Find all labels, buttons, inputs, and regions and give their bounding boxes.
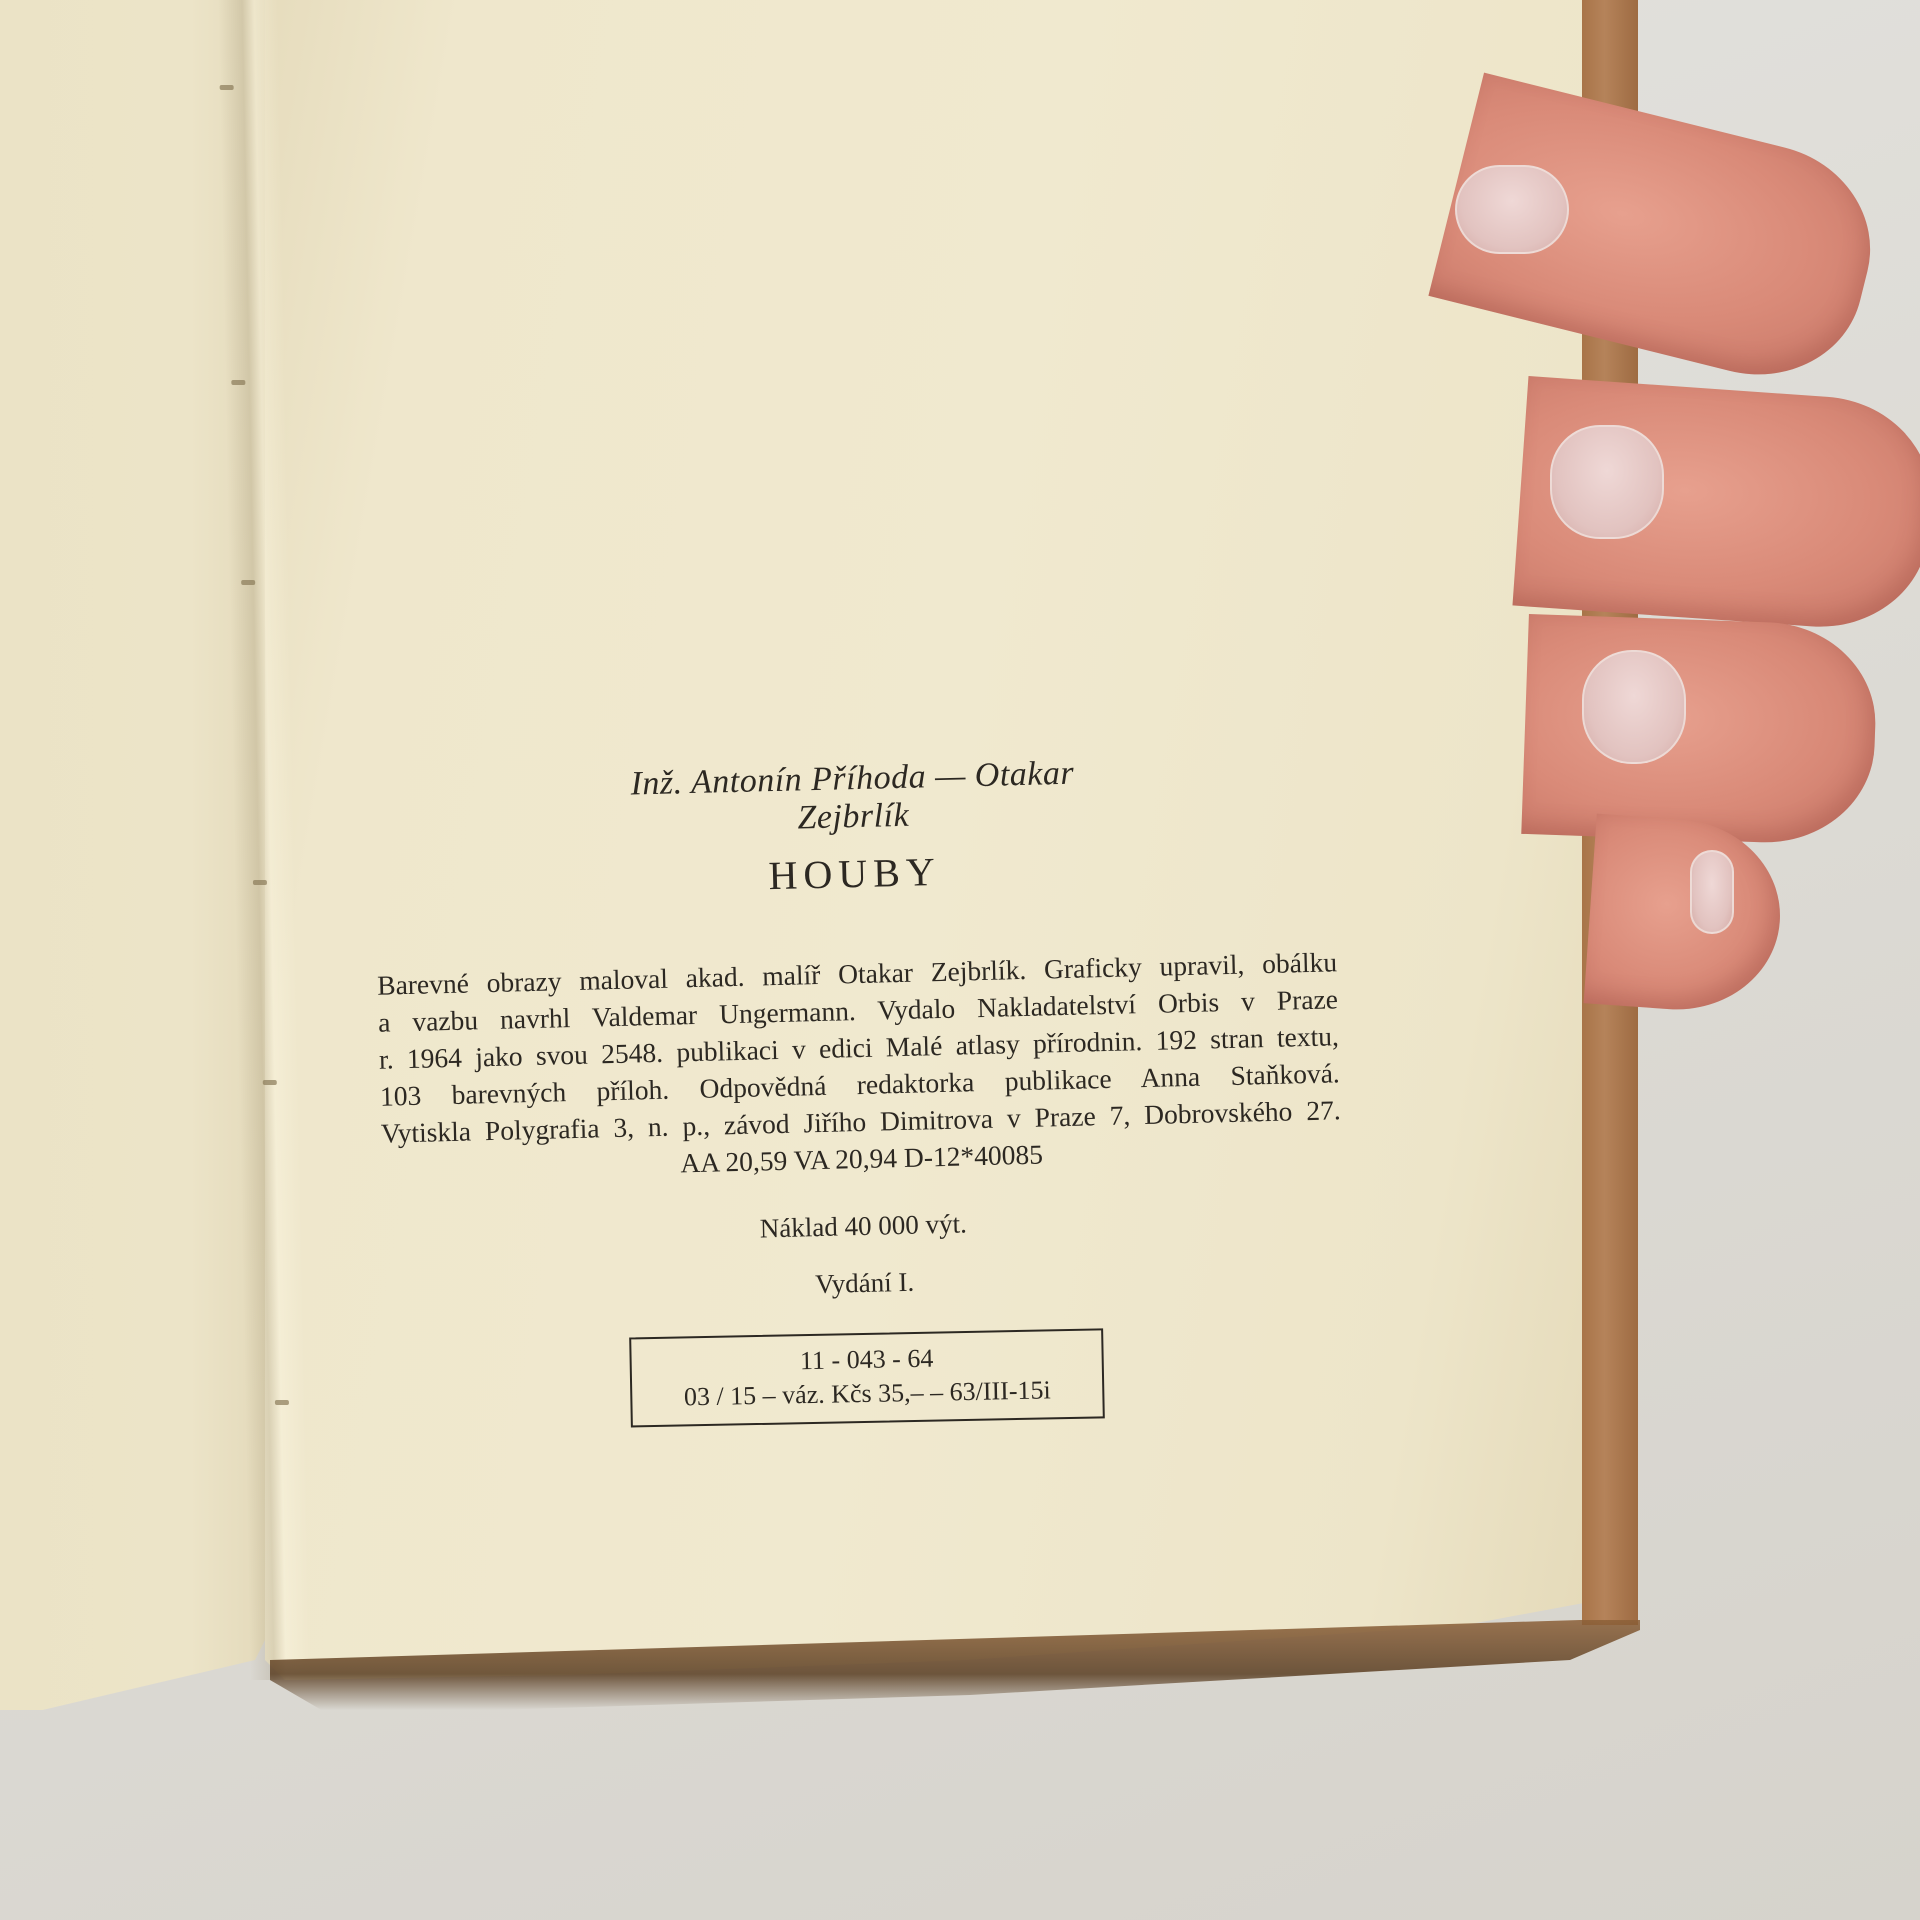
colophon-body: Barevné obrazy maloval akad. malíř Otaka… [377,943,1342,1188]
binding-stitch [263,1080,277,1085]
binding-stitch [220,85,234,90]
fingernail [1690,850,1734,934]
binding-stitch [253,880,267,885]
binding-stitch [241,580,255,585]
binding-stitch [231,380,245,385]
authors: Inž. Antonín Příhoda — Otakar Zejbrlík [572,753,1134,843]
binding-stitch [275,1400,289,1405]
edition: Vydání I. [384,1256,1344,1310]
print-run: Náklad 40 000 výt. [383,1199,1343,1253]
colophon: Inž. Antonín Příhoda — Otakar Zejbrlík H… [372,748,1348,1434]
price-box: 11 - 043 - 64 03 / 15 – váz. Kčs 35,– – … [629,1328,1105,1427]
photo-scene: Inž. Antonín Příhoda — Otakar Zejbrlík H… [0,0,1920,1920]
book-title: HOUBY [574,843,1135,904]
book-cover-edge [1582,0,1638,1625]
